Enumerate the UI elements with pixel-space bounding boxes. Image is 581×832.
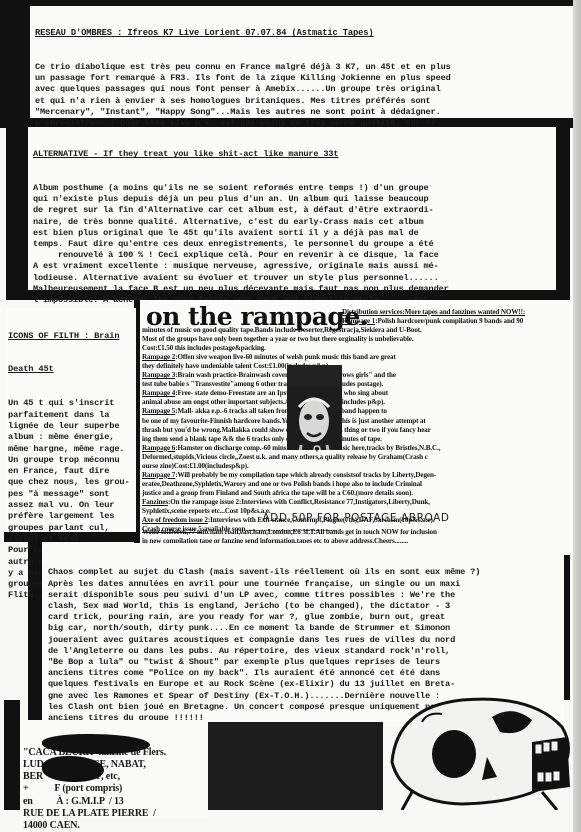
text-line: test tube babie s "Transvestite"among 6 … — [142, 380, 572, 389]
text-line: est bien plus original que le 45t qu'ils… — [33, 228, 556, 239]
text-line: que chez nous, les grou- — [8, 477, 136, 488]
text-line: assez mal vu. On leur — [8, 500, 136, 511]
text-line: thrash but you'd be wrong.Mallakka could… — [142, 426, 572, 435]
text-line: RUE DE LA PLATE PIERRE / — [23, 808, 208, 820]
text-line: ourse zine)Cost:£1.00(includesp&p). — [142, 462, 572, 471]
text-line: anciens titres come "Police on my back".… — [48, 668, 564, 679]
text-line: Rampage 2:Offen sive weapon live-60 minu… — [142, 353, 572, 362]
text-line: they definitely have undeniable talent C… — [142, 362, 572, 371]
text-line: ing them send a blank tape && the 6 trac… — [142, 435, 572, 444]
ink-smudge — [42, 734, 150, 754]
text-line: Après les dates annulées en avril pour u… — [48, 579, 564, 590]
text-line: lignée de leur superbe — [8, 421, 136, 432]
rampage-distribution-flyer: on the rampage. Distribution services:Mo… — [140, 300, 572, 555]
review-reseau-dombres: RESEAU D'OMBRES : Ifreos K7 Live Lorient… — [30, 6, 575, 118]
text-line: parfaitement dans la — [8, 410, 136, 421]
text-line: card trick, pouring rain, are you ready … — [48, 612, 564, 623]
text-line: de l'Angleterre ou dans les pubs. Au rép… — [48, 646, 564, 657]
rampage-intro-text: Distribution services:More tapes and fan… — [342, 308, 525, 316]
text-line: de regret sur la fin d'Alternative car c… — [33, 205, 556, 216]
text-line: joueraient avec guitares acoustiques et … — [48, 635, 564, 646]
review-title: ALTERNATIVE - If they treat you like shi… — [33, 149, 556, 160]
review-title: ICONS OF FILTH : Brain — [8, 331, 136, 342]
text-line: album : même énergie, — [8, 432, 136, 443]
text-line: Cost:£1.50 this includes postage&packing… — [142, 344, 572, 353]
text-line: renouvelé à 100 % ! Ceci explique celà. … — [33, 250, 556, 261]
skull-illustration-icon — [382, 692, 577, 810]
text-line: Deformed,stupids,Vicious circle,,Zoest u… — [142, 453, 572, 462]
text-line: avec quelques passages qui nous font pen… — [35, 84, 575, 95]
text-line: Rampage 7:Will probably be my compilatio… — [142, 471, 572, 480]
caca-beurk-ad: "CACA BEURK' fanzine de Flers.LUD ACE, N… — [20, 720, 208, 817]
text-line: animal abuse am ongst other important su… — [142, 398, 572, 407]
ink-border-left-ad — [4, 700, 20, 810]
text-line: justice and a group from Finland and Sou… — [142, 489, 572, 498]
review-title: RESEAU D'OMBRES : Ifreos K7 Live Lorient… — [35, 28, 575, 39]
text-line: eratee,Deathzone,Syphletix,Warory and on… — [142, 480, 572, 489]
text-line: Album posthume (a moins qu'ils ne se soi… — [33, 183, 556, 194]
text-line: Un groupe trop méconnu — [8, 455, 136, 466]
text-line: Ce trio diabolique est très peu connu en… — [35, 62, 575, 73]
rampage-listings: Rampage 1:Polish hardcore/punk compilati… — [142, 317, 572, 534]
text-line: Rampage 1:Polish hardcore/punk compilati… — [142, 317, 572, 326]
text-line: A est vraiment excellente : musique nerv… — [33, 261, 556, 272]
text-line: Most of the groups have only been togeth… — [142, 335, 572, 344]
text-line: même hargne, même rage. — [8, 444, 136, 455]
text-line: un passage fort remarqué à FR3. Ils font… — [35, 73, 575, 84]
text-line: préfère largement les — [8, 511, 136, 522]
text-line: qui n'existe plus depuis déjà un peu plu… — [33, 194, 556, 205]
ink-border-left-top — [0, 0, 30, 125]
text-line: minutes of music on good quality tape.Ba… — [142, 326, 572, 335]
text-line: quelques festivals en Europe et au Rock … — [48, 679, 564, 690]
text-line: serait disponible sous peu suivi d'un LP… — [48, 590, 564, 601]
text-line: Rampage 5:Mall- akka e.p.-6 tracks all t… — [142, 407, 572, 416]
text-line: Write to:Derek,77 mitcham road,east.ham,… — [142, 528, 572, 537]
text-line: 14000 CAEN. — [23, 820, 208, 832]
text-line: groupes parlant cul, — [8, 523, 136, 534]
text-line: clash, Sex mad World, this is england, J… — [48, 601, 564, 612]
rampage-intro: Distribution services:More tapes and fan… — [342, 308, 574, 317]
text-line: "Be Bop a lula" ou "twist & Shout" par e… — [48, 657, 564, 668]
text-line: et qui n'a rien à envier à ses homologue… — [35, 96, 575, 107]
postage-abroad-note: ADD 50P FOR POSTAGE ABROAD — [140, 513, 572, 524]
text-line: en France, faut dire — [8, 466, 136, 477]
text-line: Rampage 3:Brain wash practice-Brainwash … — [142, 371, 572, 380]
text-line: Un 45 t qui s'inscrit — [8, 398, 136, 409]
review-icons-of-filth: ICONS OF FILTH : Brain Death 45t Un 45 t… — [6, 308, 136, 532]
text-line: pes "à message" sont — [8, 489, 136, 500]
review-title-cont: Death 45t — [8, 364, 136, 375]
portrait-photo-icon — [287, 365, 342, 450]
ink-smudge — [42, 756, 104, 782]
text-line: Chaos complet au sujet du Clash (mais sa… — [48, 567, 564, 578]
text-line: naire, de très bonne qualité. Alternativ… — [33, 217, 556, 228]
text-line: Rampage 6:Hamster on discharge comp.-60 … — [142, 444, 572, 453]
text-line: Fanzines:On the rampage issue 2:Intervie… — [142, 498, 572, 507]
review-alternative: ALTERNATIVE - If they treat you like shi… — [28, 127, 556, 290]
text-line: en À : G.M.I.P / 13 — [23, 796, 208, 808]
text-line: lodieuse. Alternative avaient su évoluer… — [33, 273, 556, 284]
review-body: Album posthume (a moins qu'ils ne se soi… — [33, 183, 556, 306]
text-line: Rampage 4:Free- state demo-Freestate are… — [142, 389, 572, 398]
fanzine-page: RESEAU D'OMBRES : Ifreos K7 Live Lorient… — [0, 0, 581, 832]
text-line: be one of my favourite-Finnish hardcore … — [142, 417, 572, 426]
text-line: "Mercenary", "Instant", "Happy Song"...M… — [35, 107, 575, 118]
text-line: temps. Faut dire qu'entre ces deux enreg… — [33, 239, 556, 250]
ink-border-left-mid — [6, 118, 30, 298]
text-line: + F (port compris) — [23, 783, 208, 795]
text-line: big car, north/south, dirty punk....En c… — [48, 623, 564, 634]
text-line: Malheureusement la face B est un peu plu… — [33, 284, 556, 295]
scan-edge-shadow — [573, 0, 581, 832]
